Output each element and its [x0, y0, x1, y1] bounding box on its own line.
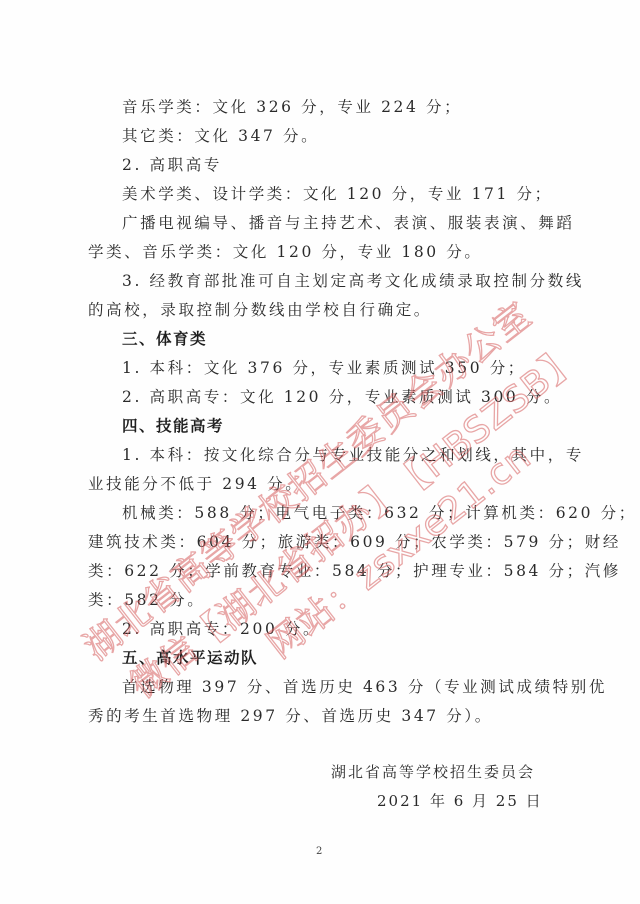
- text-line: 业技能分不低于 294 分。: [88, 474, 303, 494]
- text-line: 美术学类、设计学类：文化 120 分，专业 171 分；: [122, 184, 553, 204]
- text-line: 音乐学类：文化 326 分，专业 224 分；: [122, 97, 462, 117]
- text-line: 建筑技术类：604 分；旅游类：609 分；农学类：579 分；财经: [88, 532, 621, 552]
- text-line: 的高校，录取控制分数线由学校自行确定。: [88, 300, 432, 320]
- text-line: 3. 经教育部批准可自主划定高考文化成绩录取控制分数线: [122, 271, 584, 291]
- text-line: 首选物理 397 分、首选历史 463 分（专业测试成绩特别优: [122, 677, 607, 697]
- page-number: 2: [316, 846, 322, 857]
- text-line: 类：622 分；学前教育专业：584 分；护理专业：584 分；汽修: [88, 561, 621, 581]
- signature-date: 2021 年 6 月 25 日: [377, 791, 543, 811]
- section-heading-skills: 四、技能高考: [122, 416, 224, 436]
- text-line: 1. 本科：按文化综合分与专业技能分之和划线，其中，专: [122, 445, 584, 465]
- section-heading-athletes: 五、高水平运动队: [122, 648, 258, 668]
- signature-org: 湖北省高等学校招生委员会: [331, 762, 535, 782]
- text-line: 秀的考生首选物理 297 分、首选历史 347 分）。: [88, 706, 493, 726]
- text-line: 学类、音乐学类：文化 120 分，专业 180 分。: [88, 242, 482, 262]
- text-line: 其它类：文化 347 分。: [122, 126, 319, 146]
- text-line: 1. 本科：文化 376 分，专业素质测试 350 分；: [122, 358, 526, 378]
- text-line: 广播电视编导、播音与主持艺术、表演、服装表演、舞蹈: [122, 213, 575, 233]
- text-line: 机械类：588 分；电气电子类：632 分；计算机类：620 分；: [122, 503, 637, 523]
- text-line: 类：582 分。: [88, 590, 205, 610]
- text-line: 2. 高职高专：200 分。: [122, 619, 321, 639]
- section-heading-sports: 三、体育类: [122, 329, 207, 349]
- text-line: 2. 高职高专: [122, 155, 222, 175]
- watermark-line: 微信【湖北省招办】: [118, 463, 412, 708]
- document-page: 音乐学类：文化 326 分，专业 224 分； 其它类：文化 347 分。 2.…: [0, 0, 640, 904]
- text-line: 2. 高职高专：文化 120 分，专业素质测试 300 分。: [122, 387, 562, 407]
